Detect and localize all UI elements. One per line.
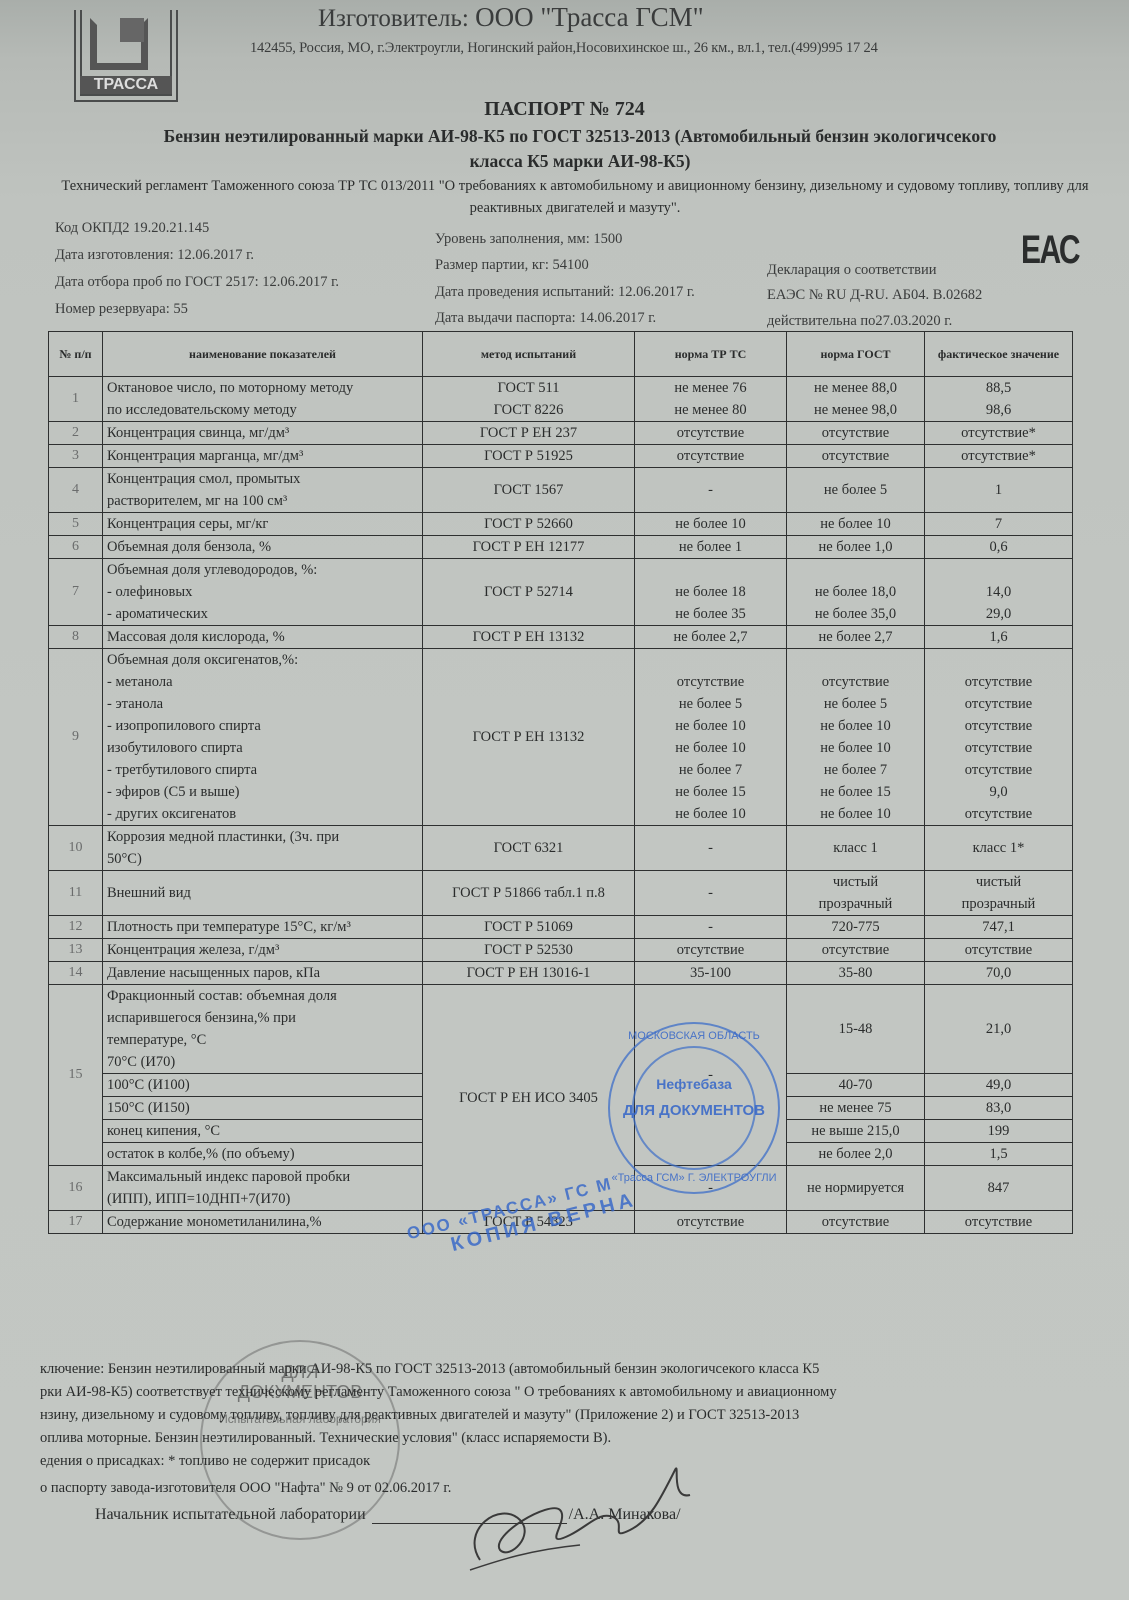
actual-value: 1,5 xyxy=(925,1143,1073,1166)
gost-norm: чистый прозрачный xyxy=(787,871,925,916)
fill-level: Уровень заполнения, мм: 1500 xyxy=(435,231,622,248)
test-method: ГОСТ Р 52530 xyxy=(423,939,635,962)
actual-value: отсутствие xyxy=(925,1211,1073,1234)
indicator-name: Концентрация смол, промытых растворителе… xyxy=(103,468,423,513)
company-logo: ТРАССА xyxy=(74,10,178,102)
col-indicator: наименование показателей xyxy=(103,332,423,377)
conclusion-line: нзину, дизельному и судовому топливу, то… xyxy=(40,1404,1090,1427)
gost-norm: не выше 215,0 xyxy=(787,1120,925,1143)
test-method: ГОСТ Р ЕН 13132 xyxy=(423,649,635,826)
document-subtitle: Бензин неэтилированный марки АИ-98-К5 по… xyxy=(100,124,1060,174)
logo-text: ТРАССА xyxy=(80,76,172,94)
table-row: 3Концентрация марганца, мг/дм³ГОСТ Р 519… xyxy=(49,445,1073,468)
indicator-name: Концентрация железа, г/дм³ xyxy=(103,939,423,962)
actual-value: отсутствие* xyxy=(925,422,1073,445)
row-number: 17 xyxy=(49,1211,103,1234)
indicator-name: Объемная доля углеводородов, %: - олефин… xyxy=(103,559,423,626)
subtitle-line-1: Бензин неэтилированный марки АИ-98-К5 по… xyxy=(100,124,1060,149)
row-number: 13 xyxy=(49,939,103,962)
gost-norm: 40-70 xyxy=(787,1074,925,1097)
table-row: 13Концентрация железа, г/дм³ГОСТ Р 52530… xyxy=(49,939,1073,962)
tr-norm: отсутствие xyxy=(635,422,787,445)
gost-norm: не менее 75 xyxy=(787,1097,925,1120)
row-number: 15 xyxy=(49,985,103,1166)
indicator-name: Объемная доля бензола, % xyxy=(103,536,423,559)
lab-stamp-text: Испытательная лаборатория xyxy=(202,1412,398,1426)
row-number: 7 xyxy=(49,559,103,626)
gost-norm: не более 10 xyxy=(787,513,925,536)
subtitle-line-2: класса К5 марки АИ-98-К5) xyxy=(100,149,1060,174)
row-number: 10 xyxy=(49,826,103,871)
manufacture-date: Дата изготовления: 12.06.2017 г. xyxy=(55,247,254,264)
declaration-number: ЕАЭС № RU Д-RU. АБ04. В.02682 xyxy=(767,287,982,304)
tr-norm: 35-100 xyxy=(635,962,787,985)
test-method: ГОСТ Р 51866 табл.1 п.8 xyxy=(423,871,635,916)
col-method: метод испытаний xyxy=(423,332,635,377)
actual-value: отсутствие xyxy=(925,939,1073,962)
lab-stamp: ДЛЯ ДОКУМЕНТОВ Испытательная лаборатория xyxy=(200,1340,400,1540)
gost-norm: не более 2,7 xyxy=(787,626,925,649)
indicator-name: Внешний вид xyxy=(103,871,423,916)
test-method: ГОСТ Р ЕН 13016-1 xyxy=(423,962,635,985)
conclusion-line: ключение: Бензин неэтилированный марки А… xyxy=(40,1358,1090,1381)
indicator-name: Концентрация марганца, мг/дм³ xyxy=(103,445,423,468)
gost-norm: отсутствие xyxy=(787,939,925,962)
tr-norm: отсутствие не более 5 не более 10 не бол… xyxy=(635,649,787,826)
table-row: 4Концентрация смол, промытых растворител… xyxy=(49,468,1073,513)
row-number: 3 xyxy=(49,445,103,468)
tr-norm: не более 10 xyxy=(635,513,787,536)
actual-value: чистый прозрачный xyxy=(925,871,1073,916)
tr-norm: отсутствие xyxy=(635,445,787,468)
test-method: ГОСТ 511 ГОСТ 8226 xyxy=(423,377,635,422)
tr-norm: - xyxy=(635,916,787,939)
test-method: ГОСТ Р 51069 xyxy=(423,916,635,939)
indicator-name: Давление насыщенных паров, кПа xyxy=(103,962,423,985)
stamp-text: ДЛЯ ДОКУМЕНТОВ xyxy=(610,1102,778,1120)
row-number: 8 xyxy=(49,626,103,649)
sampling-date: Дата отбора проб по ГОСТ 2517: 12.06.201… xyxy=(55,274,339,291)
indicator-name: остаток в колбе,% (по объему) xyxy=(103,1143,423,1166)
actual-value: 747,1 xyxy=(925,916,1073,939)
table-row: 14Давление насыщенных паров, кПаГОСТ Р Е… xyxy=(49,962,1073,985)
actual-value: 21,0 xyxy=(925,985,1073,1074)
gost-norm: не более 18,0 не более 35,0 xyxy=(787,559,925,626)
col-gost-norm: норма ГОСТ xyxy=(787,332,925,377)
manufacturer-label: Изготовитель: xyxy=(318,5,469,32)
indicator-name: Максимальный индекс паровой пробки (ИПП)… xyxy=(103,1166,423,1211)
tank-number: Номер резервуара: 55 xyxy=(55,301,188,318)
company-round-stamp: МОСКОВСКАЯ ОБЛАСТЬ Нефтебаза ДЛЯ ДОКУМЕН… xyxy=(608,1022,780,1194)
gost-norm: не более 1,0 xyxy=(787,536,925,559)
indicator-name: Фракционный состав: объемная доля испари… xyxy=(103,985,423,1074)
actual-value: отсутствие отсутствие отсутствие отсутст… xyxy=(925,649,1073,826)
lab-stamp-text: ДОКУМЕНТОВ xyxy=(202,1382,398,1403)
table-row: 9Объемная доля оксигенатов,%: - метанола… xyxy=(49,649,1073,826)
indicator-name: Содержание монометиланилина,% xyxy=(103,1211,423,1234)
tr-norm: отсутствие xyxy=(635,1211,787,1234)
conclusion-line: рки АИ-98-К5) соответствует техническому… xyxy=(40,1381,1090,1404)
manufacturer: Изготовитель: ООО "Трасса ГСМ" xyxy=(318,2,704,33)
table-row: 12Плотность при температуре 15°С, кг/м³Г… xyxy=(49,916,1073,939)
table-header-row: № п/п наименование показателей метод исп… xyxy=(49,332,1073,377)
tr-norm: - xyxy=(635,871,787,916)
handwritten-signature-icon xyxy=(440,1440,720,1580)
gost-norm: 35-80 xyxy=(787,962,925,985)
actual-value: 1,6 xyxy=(925,626,1073,649)
table-row: 6Объемная доля бензола, %ГОСТ Р ЕН 12177… xyxy=(49,536,1073,559)
indicator-name: Массовая доля кислорода, % xyxy=(103,626,423,649)
indicator-name: Концентрация серы, мг/кг xyxy=(103,513,423,536)
row-number: 11 xyxy=(49,871,103,916)
tr-norm: не более 18 не более 35 xyxy=(635,559,787,626)
row-number: 6 xyxy=(49,536,103,559)
declaration-valid: действительна по27.03.2020 г. xyxy=(767,313,952,330)
table-row: 8Массовая доля кислорода, %ГОСТ Р ЕН 131… xyxy=(49,626,1073,649)
actual-value: 847 xyxy=(925,1166,1073,1211)
test-method: ГОСТ Р ЕН 13132 xyxy=(423,626,635,649)
table-row: 2Концентрация свинца, мг/дм³ГОСТ Р ЕН 23… xyxy=(49,422,1073,445)
actual-value: 70,0 xyxy=(925,962,1073,985)
gost-norm: класс 1 xyxy=(787,826,925,871)
tr-norm: не менее 76 не менее 80 xyxy=(635,377,787,422)
test-method: ГОСТ Р ЕН 12177 xyxy=(423,536,635,559)
lab-stamp-text: ДЛЯ xyxy=(202,1362,398,1383)
indicator-name: Плотность при температуре 15°С, кг/м³ xyxy=(103,916,423,939)
gost-norm: отсутствие xyxy=(787,422,925,445)
gost-norm: не более 5 xyxy=(787,468,925,513)
gost-norm: не более 2,0 xyxy=(787,1143,925,1166)
actual-value: отсутствие* xyxy=(925,445,1073,468)
actual-value: 83,0 xyxy=(925,1097,1073,1120)
indicator-name: Коррозия медной пластинки, (3ч. при 50°С… xyxy=(103,826,423,871)
table-row: 11Внешний видГОСТ Р 51866 табл.1 п.8-чис… xyxy=(49,871,1073,916)
row-number: 1 xyxy=(49,377,103,422)
test-method: ГОСТ Р ЕН 237 xyxy=(423,422,635,445)
manufacturer-name: ООО "Трасса ГСМ" xyxy=(475,2,704,32)
indicator-name: 150°С (И150) xyxy=(103,1097,423,1120)
table-row: 10Коррозия медной пластинки, (3ч. при 50… xyxy=(49,826,1073,871)
gost-norm: 720-775 xyxy=(787,916,925,939)
test-results-table: № п/п наименование показателей метод исп… xyxy=(48,331,1073,1234)
table-row: 5Концентрация серы, мг/кгГОСТ Р 52660не … xyxy=(49,513,1073,536)
actual-value: класс 1* xyxy=(925,826,1073,871)
row-number: 9 xyxy=(49,649,103,826)
okpd-code: Код ОКПД2 19.20.21.145 xyxy=(55,220,209,237)
gost-norm: 15-48 xyxy=(787,985,925,1074)
tr-norm: отсутствие xyxy=(635,939,787,962)
gost-norm: отсутствие xyxy=(787,1211,925,1234)
row-number: 14 xyxy=(49,962,103,985)
test-date: Дата проведения испытаний: 12.06.2017 г. xyxy=(435,284,695,301)
actual-value: 1 xyxy=(925,468,1073,513)
table-row: 7Объемная доля углеводородов, %: - олефи… xyxy=(49,559,1073,626)
issue-date: Дата выдачи паспорта: 14.06.2017 г. xyxy=(435,310,656,327)
test-method: ГОСТ 1567 xyxy=(423,468,635,513)
indicator-name: Концентрация свинца, мг/дм³ xyxy=(103,422,423,445)
actual-value: 49,0 xyxy=(925,1074,1073,1097)
col-actual-value: фактическое значение xyxy=(925,332,1073,377)
gost-norm: отсутствие xyxy=(787,445,925,468)
row-number: 5 xyxy=(49,513,103,536)
indicator-name: Октановое число, по моторному методу по … xyxy=(103,377,423,422)
test-method: ГОСТ Р 52660 xyxy=(423,513,635,536)
actual-value: 0,6 xyxy=(925,536,1073,559)
test-method: ГОСТ Р 51925 xyxy=(423,445,635,468)
test-method: ГОСТ Р 52714 xyxy=(423,559,635,626)
stamp-ring-text: МОСКОВСКАЯ ОБЛАСТЬ xyxy=(610,1030,778,1042)
col-tr-norm: норма ТР ТС xyxy=(635,332,787,377)
manufacturer-address: 142455, Россия, МО, г.Электроугли, Ногин… xyxy=(250,40,878,57)
test-method: ГОСТ 6321 xyxy=(423,826,635,871)
actual-value: 88,5 98,6 xyxy=(925,377,1073,422)
indicator-name: Объемная доля оксигенатов,%: - метанола … xyxy=(103,649,423,826)
tr-norm: не более 1 xyxy=(635,536,787,559)
stamp-ring-text: «Трасса ГСМ» Г. ЭЛЕКТРОУГЛИ xyxy=(610,1172,778,1184)
logo-square-icon xyxy=(120,18,144,42)
row-number: 4 xyxy=(49,468,103,513)
gost-norm: отсутствие не более 5 не более 10 не бол… xyxy=(787,649,925,826)
row-number: 2 xyxy=(49,422,103,445)
col-number: № п/п xyxy=(49,332,103,377)
tr-norm: не более 2,7 xyxy=(635,626,787,649)
row-number: 16 xyxy=(49,1166,103,1211)
actual-value: 199 xyxy=(925,1120,1073,1143)
batch-size: Размер партии, кг: 54100 xyxy=(435,257,589,274)
declaration-label: Декларация о соответствии xyxy=(767,262,937,279)
actual-value: 7 xyxy=(925,513,1073,536)
eac-mark-icon: ЕАС xyxy=(1021,228,1079,273)
document-title: ПАСПОРТ № 724 xyxy=(0,98,1129,121)
gost-norm: не менее 88,0 не менее 98,0 xyxy=(787,377,925,422)
gost-norm: не нормируется xyxy=(787,1166,925,1211)
technical-regulation: Технический регламент Таможенного союза … xyxy=(60,175,1090,219)
indicator-name: 100°С (И100) xyxy=(103,1074,423,1097)
row-number: 12 xyxy=(49,916,103,939)
stamp-text: Нефтебаза xyxy=(610,1076,778,1092)
indicator-name: конец кипения, °С xyxy=(103,1120,423,1143)
actual-value: 14,0 29,0 xyxy=(925,559,1073,626)
table-row: 15Фракционный состав: объемная доля испа… xyxy=(49,985,1073,1074)
table-row: 1Октановое число, по моторному методу по… xyxy=(49,377,1073,422)
tr-norm: - xyxy=(635,826,787,871)
tr-norm: - xyxy=(635,468,787,513)
